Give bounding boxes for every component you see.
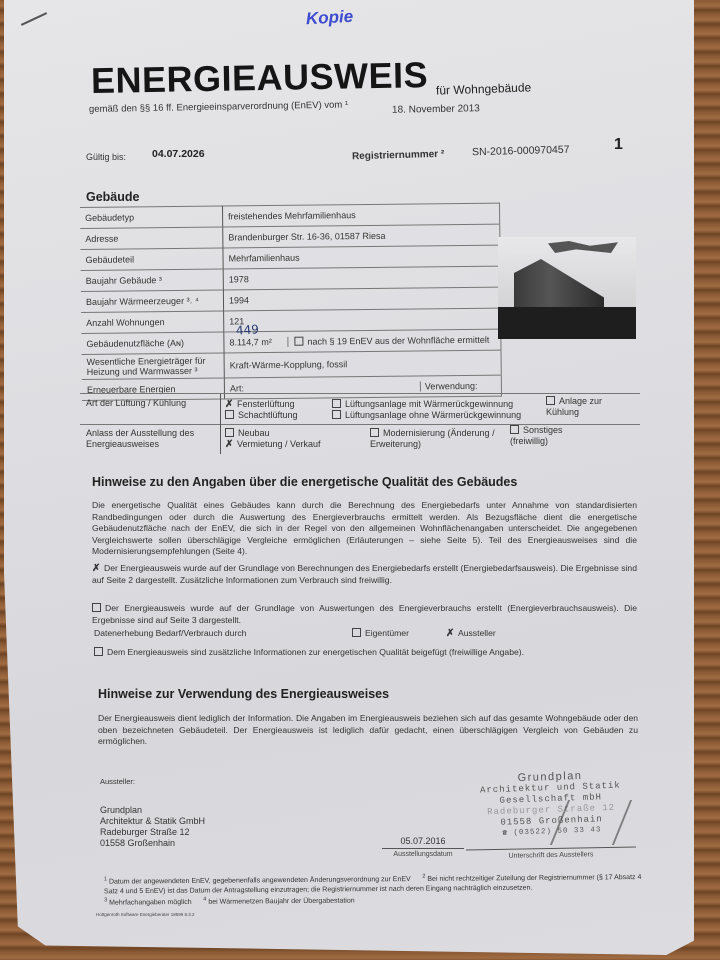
valid-until-value: 04.07.2026 <box>152 148 205 160</box>
software-credit: Hottgenroth Software Energieberater 1859… <box>96 912 195 917</box>
option-sonstiges: Sonstiges (freiwillig) <box>510 425 590 447</box>
checkbox-unchecked <box>332 410 341 419</box>
registration-label: Registriernummer ² <box>352 149 445 162</box>
renewable-usage: Verwendung: <box>425 381 478 392</box>
building-table: Gebäudetypfreistehendes Mehrfamilienhaus… <box>80 203 502 401</box>
option-aussteller: ✗Aussteller <box>446 628 496 638</box>
row-value: Brandenburger Str. 16-36, 01587 Riesa <box>223 224 500 248</box>
ventilation-label: Art der Lüftung / Kühlung <box>86 398 206 409</box>
checkbox-unchecked <box>370 428 379 437</box>
document-title: ENERGIEAUSWEIS <box>91 54 429 102</box>
checkbox-unchecked <box>332 399 341 408</box>
checkbox-unchecked <box>225 428 234 437</box>
occasion-label: Anlass der Ausstellung des Energieauswei… <box>86 428 206 450</box>
handwritten-correction: 449 <box>236 322 260 338</box>
row-value: 1978 <box>223 266 500 290</box>
issuer-address: Grundplan Architektur & Statik GmbH Rade… <box>100 805 205 849</box>
row-value: Kraft-Wärme-Kopplung, fossil <box>224 350 501 378</box>
option-lueftung-mit-wrg: Lüftungsanlage mit Wärmerückgewinnung <box>332 399 513 410</box>
pen-mark <box>21 12 47 26</box>
row-value: 1994 <box>223 287 500 311</box>
registration-number: SN-2016-000970457 <box>472 144 570 159</box>
usage-notes-title: Hinweise zur Verwendung des Energieauswe… <box>98 687 389 701</box>
checkbox-unchecked <box>352 628 361 637</box>
row-label: Gebäudeteil <box>80 248 223 270</box>
row-label: Anzahl Wohnungen <box>81 311 224 333</box>
checkbox-unchecked <box>92 603 101 612</box>
occasion-row: Anlass der Ausstellung des Energieauswei… <box>80 424 640 454</box>
quality-notes-body: Die energetische Qualität eines Gebäudes… <box>92 500 637 558</box>
row-value: freistehendes Mehrfamilienhaus <box>222 203 499 227</box>
option-additional-info: Dem Energieausweis sind zusätzliche Info… <box>94 647 524 657</box>
option-schachtlueftung: Schachtlüftung <box>225 410 298 421</box>
checkbox-unchecked <box>94 647 103 656</box>
checkbox-unchecked <box>510 425 519 434</box>
checkbox-unchecked <box>294 337 303 346</box>
document-subtitle: für Wohngebäude <box>436 80 532 97</box>
renewable-type: Art: <box>230 381 421 393</box>
checkbox-checked: ✗ <box>225 400 234 409</box>
option-modernisierung: Modernisierung (Änderung / Erweiterung) <box>370 428 495 450</box>
ventilation-row: Art der Lüftung / Kühlung ✗Fensterlüftun… <box>80 393 640 425</box>
checkbox-checked: ✗ <box>225 440 234 449</box>
row-label: Gebäudenutzfläche (Aɴ) <box>81 332 224 354</box>
option-lueftung-ohne-wrg: Lüftungsanlage ohne Wärmerückgewinnung <box>332 410 521 421</box>
row-label: Baujahr Gebäude ³ <box>81 269 224 291</box>
row-value: 121 <box>224 308 501 332</box>
option-vermietung-verkauf: ✗Vermietung / Verkauf <box>225 439 321 450</box>
row-label: Wesentliche Energieträger für Heizung un… <box>82 353 225 379</box>
signature-label: Unterschrift des Ausstellers <box>466 851 636 861</box>
quality-notes-title: Hinweise zu den Angaben über die energet… <box>92 475 517 489</box>
usage-notes-body: Der Energieausweis dient lediglich der I… <box>98 713 638 748</box>
row-label: Gebäudetyp <box>80 206 223 228</box>
floor-area-value: 8.114,7 m² <box>229 337 288 348</box>
option-energy-demand: ✗Der Energieausweis wurde auf der Grundl… <box>92 563 637 586</box>
page-number: 1 <box>614 136 623 154</box>
option-fensterlueftung: ✗Fensterlüftung <box>225 399 295 410</box>
row-label: Adresse <box>80 227 223 249</box>
data-collection-row: Datenerhebung Bedarf/Verbrauch durch Eig… <box>94 628 639 638</box>
issue-date-label: Ausstellungsdatum <box>382 851 464 858</box>
checkbox-checked: ✗ <box>92 564 101 573</box>
copy-stamp: Kopie <box>306 7 354 29</box>
valid-until-label: Gültig bis: <box>86 152 126 162</box>
building-section-title: Gebäude <box>86 190 140 204</box>
data-collection-label: Datenerhebung Bedarf/Verbrauch durch <box>94 628 246 638</box>
checkbox-unchecked <box>546 396 555 405</box>
footnotes: 1 Datum der angewendeten EnEV, gegebenen… <box>104 871 644 909</box>
regulation-date: 18. November 2013 <box>392 103 480 116</box>
floor-area-note: nach § 19 EnEV aus der Wohnfläche ermitt… <box>307 335 489 347</box>
option-eigentuemer: Eigentümer <box>352 628 409 638</box>
checkbox-unchecked <box>225 410 234 419</box>
building-photo <box>498 237 636 339</box>
checkbox-checked: ✗ <box>446 629 455 638</box>
regulation-line: gemäß den §§ 16 ff. Energieeinsparverord… <box>89 99 348 115</box>
option-energy-consumption: Der Energieausweis wurde auf der Grundla… <box>92 603 637 626</box>
document-page: Kopie ENERGIEAUSWEIS für Wohngebäude gem… <box>4 0 694 955</box>
option-neubau: Neubau <box>225 428 270 439</box>
option-kuehlung: Anlage zur Kühlung <box>546 396 616 418</box>
issuer-label: Aussteller: <box>100 777 135 786</box>
row-label: Baujahr Wärmeerzeuger ³˒ ⁴ <box>81 290 224 312</box>
row-value: 8.114,7 m²nach § 19 EnEV aus der Wohnflä… <box>224 329 501 353</box>
issue-date: 05.07.2016 <box>382 836 464 846</box>
row-value: Mehrfamilienhaus <box>223 245 500 269</box>
